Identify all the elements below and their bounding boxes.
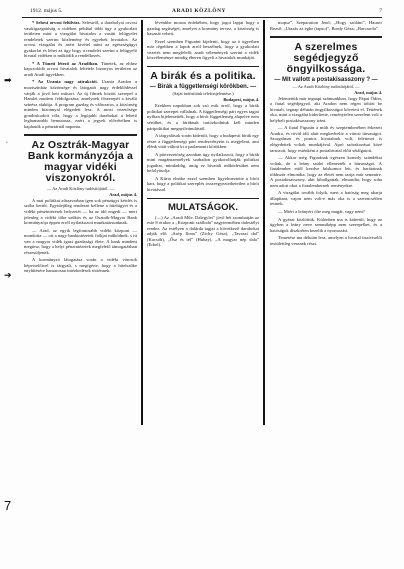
article-paragraph: mopsz”, Szeparation Jenő; „Hogy szóláni”… [270, 20, 382, 31]
article-paragraph: Jelentettük már tegnapi számunkban, hogy… [270, 96, 382, 124]
article-headline-entertainment: MULATSÁGOK. [147, 205, 259, 211]
handwritten-seven-icon: 7 [4, 498, 11, 513]
article-paragraph: A Kúria elnöke ezzel szemben figyelmezte… [147, 176, 259, 193]
article-paragraph: — Miért a leányért ölte meg magát, vagy … [270, 209, 382, 215]
article-headline-judges: A birák és a politika. [147, 71, 259, 82]
newspaper-title: ARADI KÖZLÖNY [172, 8, 226, 14]
article-headline-bank: Az Osztrák-Magyar Bank kormányzója a mag… [24, 140, 137, 184]
arrow-mark-icon: ➔ [4, 270, 12, 281]
article-paragraph: — Akkor még Figurának egészen komoly szá… [270, 155, 382, 188]
article-subhead: — Mit vallott a postakisasszony ? — [270, 77, 382, 84]
article-paragraph: — Arad, az egyik legfontosabb vidéki köz… [24, 228, 137, 256]
article-paragraph: A mai politikai zűrzavarban igen sok pén… [24, 198, 137, 226]
article-paragraph: A tárgyalások során kiderült, hogy a bud… [147, 133, 259, 150]
article-paragraph: Temetése ma délután lesz, amelyen a hiva… [270, 235, 382, 246]
newspaper-page: 1912. május 5. ARADI KÖZLÖNY 7 ➡ • ➔ 7 *… [0, 0, 404, 569]
article-subhead: — Birák a függetlenségi körökben. — [147, 84, 259, 91]
section-divider [147, 66, 259, 68]
article-paragraph: Ezekben napokban sok szó esik arról, hog… [147, 103, 259, 131]
column-2: lévénkbe mosna érdekében, hogy jogot lap… [147, 20, 259, 440]
news-item: * Sebesi orvosi felülvizs. Selesiről, a … [24, 20, 137, 59]
header-date: 1912. május 5. [30, 8, 62, 14]
section-divider [24, 134, 137, 136]
dot-mark-icon: • [6, 140, 8, 146]
page-number: 7 [379, 8, 382, 14]
column-3: mopsz”, Szeparation Jenő; „Hogy szóláni”… [270, 20, 382, 420]
article-paragraph: A vizsgálat tovább folyik, mert a hatósá… [270, 190, 382, 207]
header-rule [22, 17, 382, 18]
section-divider [147, 198, 259, 200]
arrow-mark-icon: ➡ [4, 75, 12, 86]
article-paragraph: A pártvezetőség azonban úgy nyilatkozott… [147, 152, 259, 174]
article-paragraph: (—) Az „Aradi Műv. Dalegylet” jövő hét s… [147, 215, 259, 248]
news-item: * Az Urania nagy attrakciói. Urania Arad… [24, 79, 137, 129]
news-item: * A Tüneti létező az Aradiban. Tünetek, … [24, 61, 137, 78]
column-divider [263, 20, 265, 425]
article-paragraph: Ezzel szemben Figuránt kijelenti, hogy a… [147, 39, 259, 61]
article-paragraph: A gyászt közlöttük. Különben ma is kider… [270, 217, 382, 234]
article-paragraph: lévénkbe mosna érdekében, hogy jogot lap… [147, 20, 259, 37]
column-divider [141, 20, 143, 425]
article-headline-suicide: A szerelmes segédjegyző öngyilkossága. [270, 42, 382, 75]
column-1: * Sebesi orvosi felülvizs. Selesiről, a … [24, 20, 137, 440]
article-paragraph: A kormányzó látogatása során a vidéki vá… [24, 257, 137, 274]
article-paragraph: — A fiatal Figurán a múlt év szeptemberé… [270, 125, 382, 153]
section-divider [270, 36, 382, 38]
